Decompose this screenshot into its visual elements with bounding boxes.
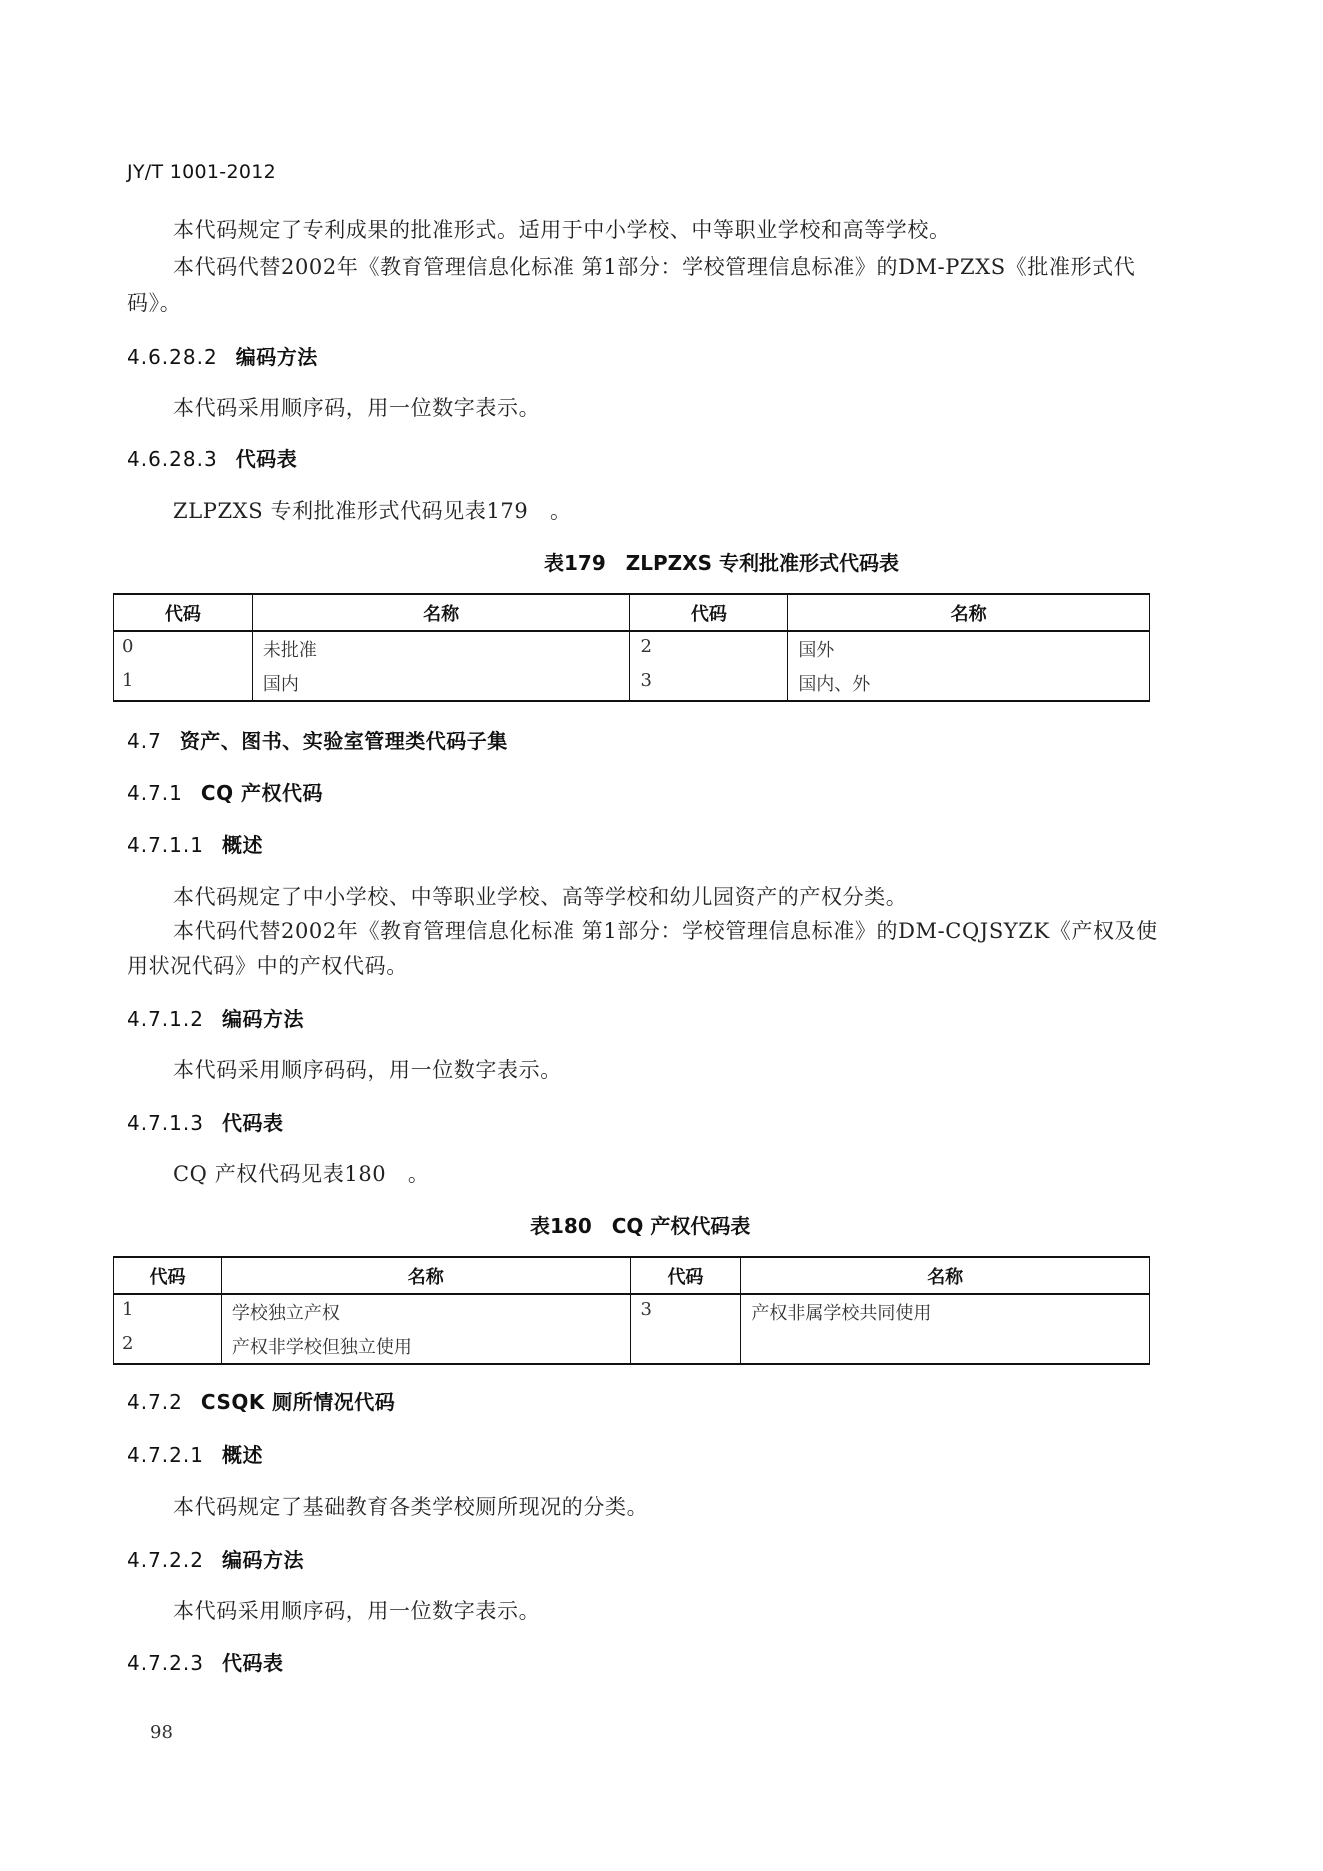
section-title: 代码表 bbox=[236, 447, 298, 471]
section-title: 编码方法 bbox=[236, 345, 318, 369]
section-number: 4.7.2.1 bbox=[127, 1443, 204, 1467]
code-table-180: 代码 名称 代码 名称 1 学校独立产权 3 产权非属学校共同使用 2 产权非学… bbox=[113, 1256, 1150, 1365]
table-caption: 表180 CQ 产权代码表 bbox=[530, 1210, 750, 1239]
section-number: 4.7.1 bbox=[127, 781, 183, 805]
code-cell: 1 bbox=[114, 1294, 222, 1329]
section-heading: 4.6.28.3代码表 bbox=[127, 443, 297, 472]
code-cell: 1 bbox=[114, 666, 253, 701]
name-cell: 产权非学校但独立使用 bbox=[221, 1329, 630, 1364]
name-cell: 国外 bbox=[788, 631, 1150, 666]
paragraph-line: 本代码规定了基础教育各类学校厕所现况的分类。 bbox=[173, 1491, 648, 1521]
section-title: CSQK 厕所情况代码 bbox=[201, 1390, 395, 1414]
section-title: 资产、图书、实验室管理类代码子集 bbox=[180, 729, 508, 753]
column-header: 名称 bbox=[741, 1257, 1150, 1294]
section-number: 4.7.2.2 bbox=[127, 1548, 204, 1572]
paragraph-line: 本代码规定了中小学校、中等职业学校、高等学校和幼儿园资产的产权分类。 bbox=[173, 881, 907, 911]
section-heading: 4.7.2CSQK 厕所情况代码 bbox=[127, 1386, 395, 1415]
section-title: 代码表 bbox=[222, 1111, 284, 1135]
section-heading: 4.7.1CQ 产权代码 bbox=[127, 777, 323, 806]
table-header-row: 代码 名称 代码 名称 bbox=[114, 1257, 1150, 1294]
section-heading: 4.7.2.3代码表 bbox=[127, 1647, 283, 1676]
paragraph-line: CQ 产权代码见表180 。 bbox=[173, 1158, 429, 1188]
code-cell: 3 bbox=[630, 1294, 741, 1329]
section-heading: 4.7.1.2编码方法 bbox=[127, 1003, 304, 1032]
section-title: 代码表 bbox=[222, 1651, 284, 1675]
paragraph-line: 本代码采用顺序码码，用一位数字表示。 bbox=[173, 1054, 562, 1084]
column-header: 代码 bbox=[630, 594, 788, 631]
section-heading: 4.7.2.2编码方法 bbox=[127, 1544, 304, 1573]
table-row: 1 国内 3 国内、外 bbox=[114, 666, 1150, 701]
column-header: 名称 bbox=[252, 594, 630, 631]
paragraph-line: ZLPZXS 专利批准形式代码见表179 。 bbox=[173, 495, 572, 525]
table-caption: 表179 ZLPZXS 专利批准形式代码表 bbox=[544, 547, 899, 576]
paragraph-line: 本代码代替2002年《教育管理信息化标准 第1部分：学校管理信息标准》的DM-P… bbox=[173, 251, 1135, 281]
column-header: 代码 bbox=[114, 594, 253, 631]
standard-id: JY/T 1001-2012 bbox=[127, 161, 276, 183]
section-number: 4.6.28.3 bbox=[127, 447, 218, 471]
section-number: 4.7.1.2 bbox=[127, 1007, 204, 1031]
section-title: 概述 bbox=[222, 1443, 263, 1467]
code-cell: 3 bbox=[630, 666, 788, 701]
section-heading: 4.7.1.1概述 bbox=[127, 829, 263, 858]
code-cell: 2 bbox=[630, 631, 788, 666]
section-title: 编码方法 bbox=[222, 1007, 304, 1031]
section-number: 4.7.2.3 bbox=[127, 1651, 204, 1675]
section-number: 4.7 bbox=[127, 729, 162, 753]
section-heading: 4.6.28.2编码方法 bbox=[127, 341, 318, 370]
section-heading: 4.7资产、图书、实验室管理类代码子集 bbox=[127, 725, 508, 754]
section-heading: 4.7.1.3代码表 bbox=[127, 1107, 283, 1136]
page-number: 98 bbox=[150, 1722, 173, 1743]
section-number: 4.7.2 bbox=[127, 1390, 183, 1414]
paragraph-line: 本代码规定了专利成果的批准形式。适用于中小学校、中等职业学校和高等学校。 bbox=[173, 214, 951, 244]
section-heading: 4.7.2.1概述 bbox=[127, 1439, 263, 1468]
name-cell: 未批准 bbox=[252, 631, 630, 666]
name-cell bbox=[741, 1329, 1150, 1364]
column-header: 名称 bbox=[788, 594, 1150, 631]
code-cell: 2 bbox=[114, 1329, 222, 1364]
table-row: 2 产权非学校但独立使用 bbox=[114, 1329, 1150, 1364]
column-header: 代码 bbox=[114, 1257, 222, 1294]
code-cell bbox=[630, 1329, 741, 1364]
paragraph-line: 用状况代码》中的产权代码。 bbox=[127, 950, 408, 980]
table-row: 0 未批准 2 国外 bbox=[114, 631, 1150, 666]
column-header: 代码 bbox=[630, 1257, 741, 1294]
section-number: 4.7.1.1 bbox=[127, 833, 204, 857]
code-cell: 0 bbox=[114, 631, 253, 666]
section-title: 概述 bbox=[222, 833, 263, 857]
column-header: 名称 bbox=[221, 1257, 630, 1294]
section-title: CQ 产权代码 bbox=[201, 781, 323, 805]
section-title: 编码方法 bbox=[222, 1548, 304, 1572]
name-cell: 产权非属学校共同使用 bbox=[741, 1294, 1150, 1329]
table-row: 1 学校独立产权 3 产权非属学校共同使用 bbox=[114, 1294, 1150, 1329]
section-number: 4.6.28.2 bbox=[127, 345, 218, 369]
paragraph-line: 本代码采用顺序码，用一位数字表示。 bbox=[173, 392, 540, 422]
name-cell: 学校独立产权 bbox=[221, 1294, 630, 1329]
paragraph-line: 码》。 bbox=[127, 287, 181, 317]
paragraph-line: 本代码代替2002年《教育管理信息化标准 第1部分：学校管理信息标准》的DM-C… bbox=[173, 915, 1158, 945]
name-cell: 国内 bbox=[252, 666, 630, 701]
section-number: 4.7.1.3 bbox=[127, 1111, 204, 1135]
table-header-row: 代码 名称 代码 名称 bbox=[114, 594, 1150, 631]
code-table-179: 代码 名称 代码 名称 0 未批准 2 国外 1 国内 3 国内、外 bbox=[113, 593, 1150, 702]
name-cell: 国内、外 bbox=[788, 666, 1150, 701]
paragraph-line: 本代码采用顺序码，用一位数字表示。 bbox=[173, 1595, 540, 1625]
